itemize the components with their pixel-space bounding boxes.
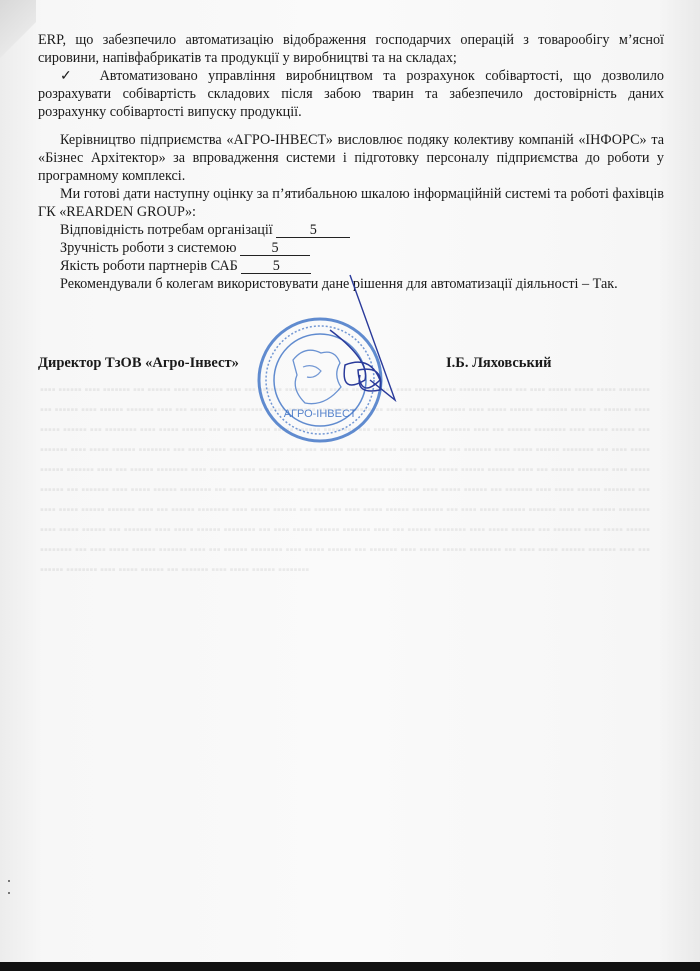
handwritten-signature-icon: [300, 270, 420, 430]
rating-label: Відповідність потребам організації: [60, 222, 273, 238]
rating-value: 5: [240, 241, 310, 256]
checkmark-icon: ✓: [60, 68, 79, 84]
signatory-name: І.Б. Ляховський: [446, 355, 552, 372]
paragraph-thanks: Керівництво підприємства «АГРО-ІНВЕСТ» в…: [38, 131, 664, 185]
body-text-middle: Керівництво підприємства «АГРО-ІНВЕСТ» в…: [38, 131, 664, 293]
scan-speck: [8, 892, 10, 894]
rating-label: Якість роботи партнерів САБ: [60, 258, 238, 274]
scan-speck: [8, 880, 10, 882]
rating-row: Відповідність потребам організації 5: [38, 221, 664, 239]
document-page: ▪▪▪▪ ▪▪▪▪▪▪ ▪▪▪▪ ▪▪▪▪▪▪▪ ▪▪▪ ▪▪▪▪▪▪ ▪▪▪▪…: [0, 0, 700, 962]
paragraph-production-text: Автоматизовано управління виробництвом т…: [38, 68, 664, 120]
paragraph-erp: ERP, що забезпечило автоматизацію відобр…: [38, 31, 664, 67]
rating-label: Зручність роботи з системою: [60, 240, 236, 256]
rating-row: Зручність роботи з системою 5: [38, 239, 664, 257]
bleed-through-text: ▪▪▪▪ ▪▪▪▪▪▪ ▪▪▪▪ ▪▪▪▪▪▪▪ ▪▪▪ ▪▪▪▪▪▪ ▪▪▪▪…: [40, 380, 650, 940]
paragraph-production: ✓ Автоматизовано управління виробництвом…: [38, 67, 664, 121]
body-text-top: ERP, що забезпечило автоматизацію відобр…: [38, 31, 664, 121]
signatory-position: Директор ТзОВ «Агро-Інвест»: [38, 355, 239, 372]
scan-edge: [0, 962, 700, 971]
paragraph-rating-intro: Ми готові дати наступну оцінку за п’ятиб…: [38, 185, 664, 221]
rating-value: 5: [276, 223, 350, 238]
